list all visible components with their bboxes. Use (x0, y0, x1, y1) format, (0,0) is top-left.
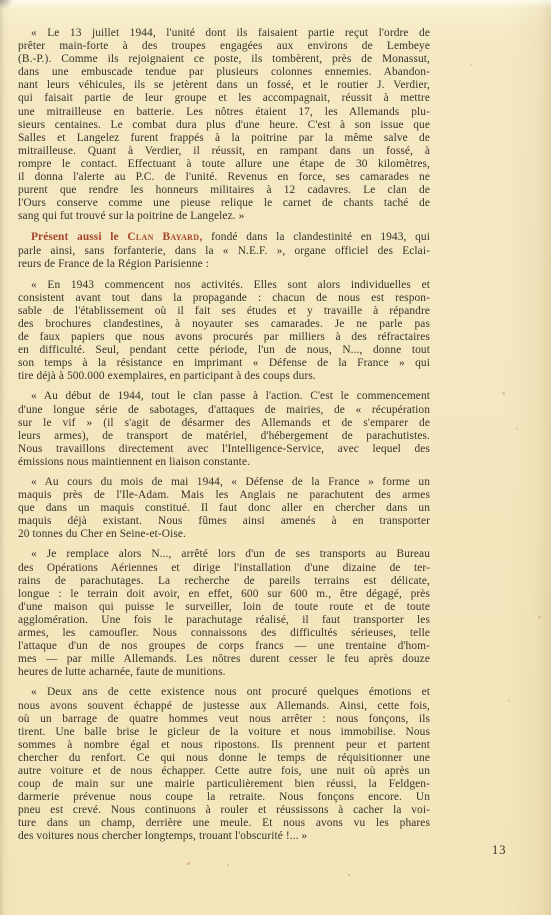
text-line: où un barrage de quatre hommes veut nous… (18, 713, 430, 726)
paragraph-clan-de-l-ours: « Le 13 juillet 1944, l'unité dont ils f… (18, 27, 430, 223)
text-line: des Opérations Aériennes et dirige l'ins… (18, 562, 430, 575)
text-line: leurs armes), de transport de matériel, … (18, 430, 430, 443)
text-line: d'une maison qui puisse le surveiller, l… (18, 601, 430, 614)
text-line: dans une embuscade tendue par plusieurs … (18, 66, 430, 79)
scanned-book-page: « Le 13 juillet 1944, l'unité dont ils f… (0, 0, 551, 915)
text-line: l'Ours conserve comme une pieuse relique… (18, 197, 430, 210)
text-line: consistent avant tout dans la propagande… (18, 292, 430, 305)
section-heading: Présent aussi le Clan Bayard, fondé dans… (18, 231, 430, 270)
paper-speck (538, 616, 541, 619)
text-line: l'attaque d'un de nos groupes de corps f… (18, 640, 430, 653)
text-column: « Le 13 juillet 1944, l'unité dont ils f… (18, 27, 430, 851)
text-line: rompre le contact. Effectuant à toute al… (18, 158, 430, 171)
scan-top-light-strip (0, 0, 551, 8)
text-line: sur le vif » (il s'agit de désarmer des … (18, 417, 430, 430)
heading-line1-rest: fondé dans la clandestinité en 1943, qui (202, 231, 430, 243)
text-line: d'une longue série de sabotages, d'attaq… (18, 404, 430, 417)
paper-speck (508, 700, 510, 702)
paper-speck (187, 862, 190, 865)
paragraph-debut-1944: « Au début de 1944, tout le clan passe à… (18, 390, 430, 469)
text-line: sieurs centaines. Le combat dura plus d'… (18, 119, 430, 132)
paper-speck (470, 64, 472, 66)
text-line: de faux papiers que nous avons procurés … (18, 331, 430, 344)
text-line: maquis déjà existant. Nous fûmes ainsi a… (18, 515, 430, 528)
text-line: longue : le terrain doit avoir, en effet… (18, 588, 430, 601)
scan-corner-shadow (0, 0, 14, 9)
text-line: tirent. Une balle brise le gicleur de la… (18, 726, 430, 739)
text-line: « Deux ans de cette existence nous ont p… (18, 686, 430, 699)
text-line: son temps à la résistance en imprimant «… (18, 357, 430, 370)
paragraph-mai-1944: « Au cours du mois de mai 1944, « Défens… (18, 476, 430, 541)
text-line: nous avons souvent échappé de justesse a… (18, 700, 430, 713)
text-line: sommes à nombre égal et nous ripostons. … (18, 739, 430, 752)
text-line: en difficulté. Seul, pendant cette pério… (18, 344, 430, 357)
paper-speck (516, 428, 518, 430)
text-line: agglomération. Une fois le parachutage r… (18, 614, 430, 627)
text-line: il donna l'alerte au P.C. de l'unité. Re… (18, 171, 430, 184)
text-line: parle ainsi, sans forfanterie, dans la «… (18, 245, 430, 258)
text-line: « Je remplace alors N..., arrêté lors d'… (18, 548, 430, 561)
text-line: « En 1943 commencent nos activités. Elle… (18, 279, 430, 292)
text-line: reurs de France de la Région Parisienne … (18, 258, 430, 271)
paper-speck (502, 392, 505, 395)
paper-speck (227, 864, 229, 866)
text-line: ture dans un champ, derrière une meule. … (18, 817, 430, 830)
text-line: chercher du renfort. Ce qui nous donne l… (18, 752, 430, 765)
text-line: des voitures nous chercher longtemps, tr… (18, 830, 430, 843)
heading-first-line: Présent aussi le Clan Bayard, fondé dans… (18, 231, 430, 244)
text-line: qui faisait partie de leur groupe et les… (18, 92, 430, 105)
heading-clan-name: Clan Bayard, (127, 231, 202, 243)
text-line: maquis près de l'Ile-Adam. Mais les Angl… (18, 489, 430, 502)
text-line: purent que rendre les honneurs militaire… (18, 184, 430, 197)
text-line: armes, les camoufler. Nous connaissons d… (18, 627, 430, 640)
text-line: tire déjà à 500.000 exemplaires, en part… (18, 370, 430, 383)
text-line: prêter main-forte à des troupes engagées… (18, 40, 430, 53)
text-line: rains de parachutages. La recherche de p… (18, 575, 430, 588)
text-line: que dans un maquis constitué. Il faut do… (18, 502, 430, 515)
text-line: heures de lutte acharnée, faute de munit… (18, 666, 430, 679)
paragraph-en-1943: « En 1943 commencent nos activités. Elle… (18, 279, 430, 384)
text-line: coup de main sur une mairie particulière… (18, 778, 430, 791)
text-line: des brochures clandestines, à noyauter s… (18, 318, 430, 331)
text-line: nant leurs véhicules, ils se jetèrent da… (18, 79, 430, 92)
paragraph-je-remplace: « Je remplace alors N..., arrêté lors d'… (18, 548, 430, 679)
text-line: pneu est crevé. Nous continuons à rouler… (18, 804, 430, 817)
heading-continuation: parle ainsi, sans forfanterie, dans la «… (18, 245, 430, 271)
text-line: « Au cours du mois de mai 1944, « Défens… (18, 476, 430, 489)
page-number: 13 (492, 843, 507, 858)
heading-lead-text: Présent aussi le (31, 231, 127, 243)
text-line: « Au début de 1944, tout le clan passe à… (18, 390, 430, 403)
text-line: sable de l'établissement où il fait ses … (18, 305, 430, 318)
text-line: « Le 13 juillet 1944, l'unité dont ils f… (18, 27, 430, 40)
text-line: darmerie prévenue nous coupe la retraite… (18, 791, 430, 804)
text-line: Salles et Langelez furent frappés à la p… (18, 132, 430, 145)
text-line: sang qui fut trouvé sur la poitrine de L… (18, 210, 430, 223)
text-line: une mitrailleuse en batterie. Les nôtres… (18, 106, 430, 119)
paragraph-deux-ans: « Deux ans de cette existence nous ont p… (18, 686, 430, 843)
text-line: mes — par mille Allemands. Les nôtres du… (18, 653, 430, 666)
text-line: Nous travaillons directement avec l'Inte… (18, 443, 430, 456)
paper-speck (348, 874, 350, 876)
text-line: émissions nous maintiennent en liaison c… (18, 456, 430, 469)
text-line: autre voiture et de nous échapper. Cette… (18, 765, 430, 778)
text-line: mitrailleuse. Quant à Verdier, il réussi… (18, 145, 430, 158)
text-line: 20 tonnes du Cher en Seine-et-Oise. (18, 528, 430, 541)
text-line: (B.-P.). Comme ils rejoignaient ce poste… (18, 53, 430, 66)
